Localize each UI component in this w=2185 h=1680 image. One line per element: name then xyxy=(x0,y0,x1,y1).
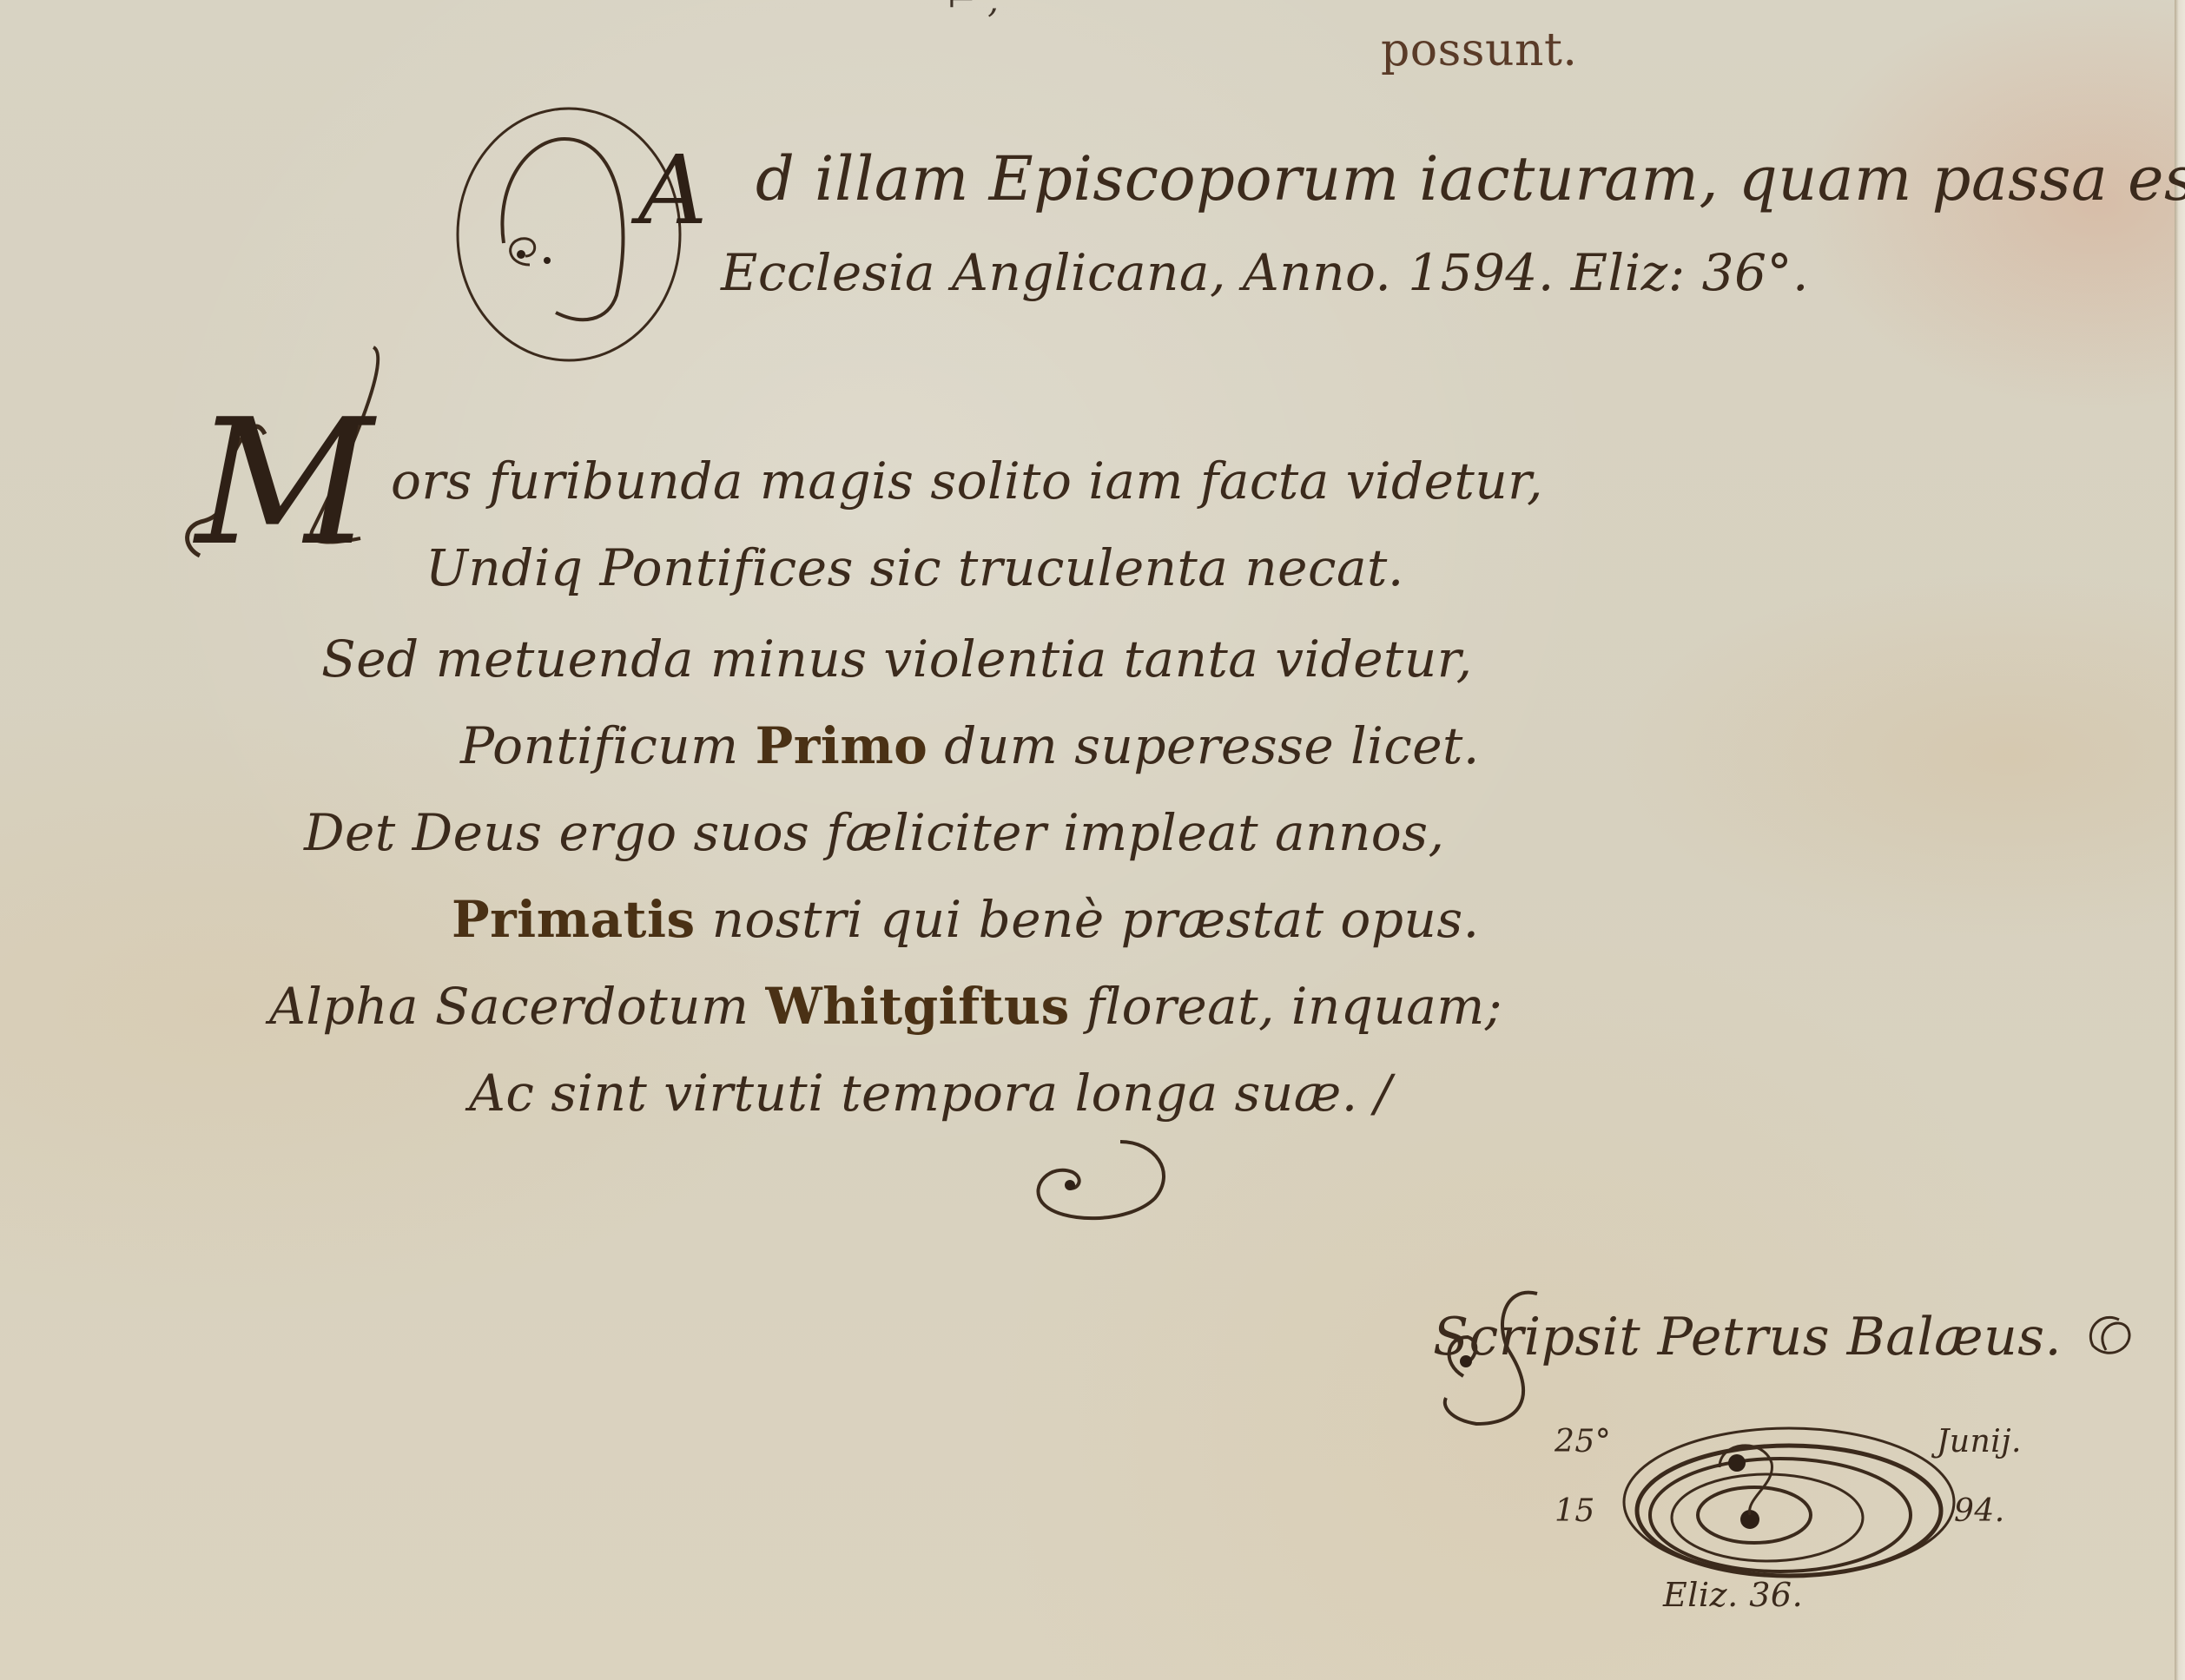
emphasized-name: Primatis xyxy=(452,890,696,949)
poem-line-text: Pontificum xyxy=(460,716,756,775)
regnal-year: Eliz. 36. xyxy=(1663,1576,1803,1614)
heading-line-2: Ecclesia Anglicana, Anno. 1594. Eliz: 36… xyxy=(721,243,1809,302)
poem-line-5: Det Deus ergo suos fæliciter impleat ann… xyxy=(304,803,1444,862)
poem-line-text: Undiq Pontifices sic truculenta necat. xyxy=(426,538,1404,597)
paper-edge xyxy=(2175,0,2185,1680)
poem-line-text: Alpha Sacerdotum xyxy=(269,977,765,1036)
poem-line-text: Ac sint virtuti tempora longa suæ. xyxy=(469,1064,1358,1123)
poem-line-text: Det Deus ergo suos fæliciter impleat ann… xyxy=(304,803,1444,862)
date-day: 25° xyxy=(1555,1424,1611,1459)
spiral-paraph-icon xyxy=(1607,1415,1954,1589)
heading-initial: A xyxy=(638,135,707,246)
emphasized-name: Whitgiftus xyxy=(765,977,1069,1036)
poem-end-flourish-icon xyxy=(1025,1137,1198,1233)
poem-line-4: Pontificum Primo dum superesse licet. xyxy=(460,716,1480,775)
poem-line-text: floreat, inquam; xyxy=(1070,977,1502,1036)
poem-line-3: Sed metuenda minus violentia tanta videt… xyxy=(321,629,1473,688)
poem-line-2: Undiq Pontifices sic truculenta necat. xyxy=(426,538,1404,597)
emphasized-name: Primo xyxy=(756,716,928,775)
heading-line-1: d illam Episcoporum iacturam, quam passa… xyxy=(756,143,2185,214)
poem-line-text: Sed metuenda minus violentia tanta videt… xyxy=(321,629,1473,688)
poem-line-text: ors furibunda magis solito iam facta vid… xyxy=(391,451,1543,511)
poem-line-text: dum superesse licet. xyxy=(927,716,1479,775)
poem-line-6: Primatis nostri qui benè præstat opus. xyxy=(452,890,1480,949)
manuscript-page: ⌐ , possunt. A d illam Episcoporum iactu… xyxy=(0,0,2185,1680)
poem-line-text: / xyxy=(1358,1064,1392,1123)
poem-line-7: Alpha Sacerdotum Whitgiftus floreat, inq… xyxy=(269,977,1502,1036)
poem-initial: M xyxy=(195,382,373,584)
date-month: Junij. xyxy=(1937,1424,2022,1459)
cropped-previous-line: ⌐ , xyxy=(947,0,999,21)
date-year-left: 15 xyxy=(1555,1493,1595,1529)
poem-line-text: nostri qui benè præstat opus. xyxy=(696,890,1480,949)
poem-line-8: Ac sint virtuti tempora longa suæ. / xyxy=(469,1064,1392,1123)
top-fragment-word: possunt. xyxy=(1381,24,1577,76)
date-year-right: 94. xyxy=(1954,1493,2005,1529)
poem-line-1: ors furibunda magis solito iam facta vid… xyxy=(391,451,1543,511)
